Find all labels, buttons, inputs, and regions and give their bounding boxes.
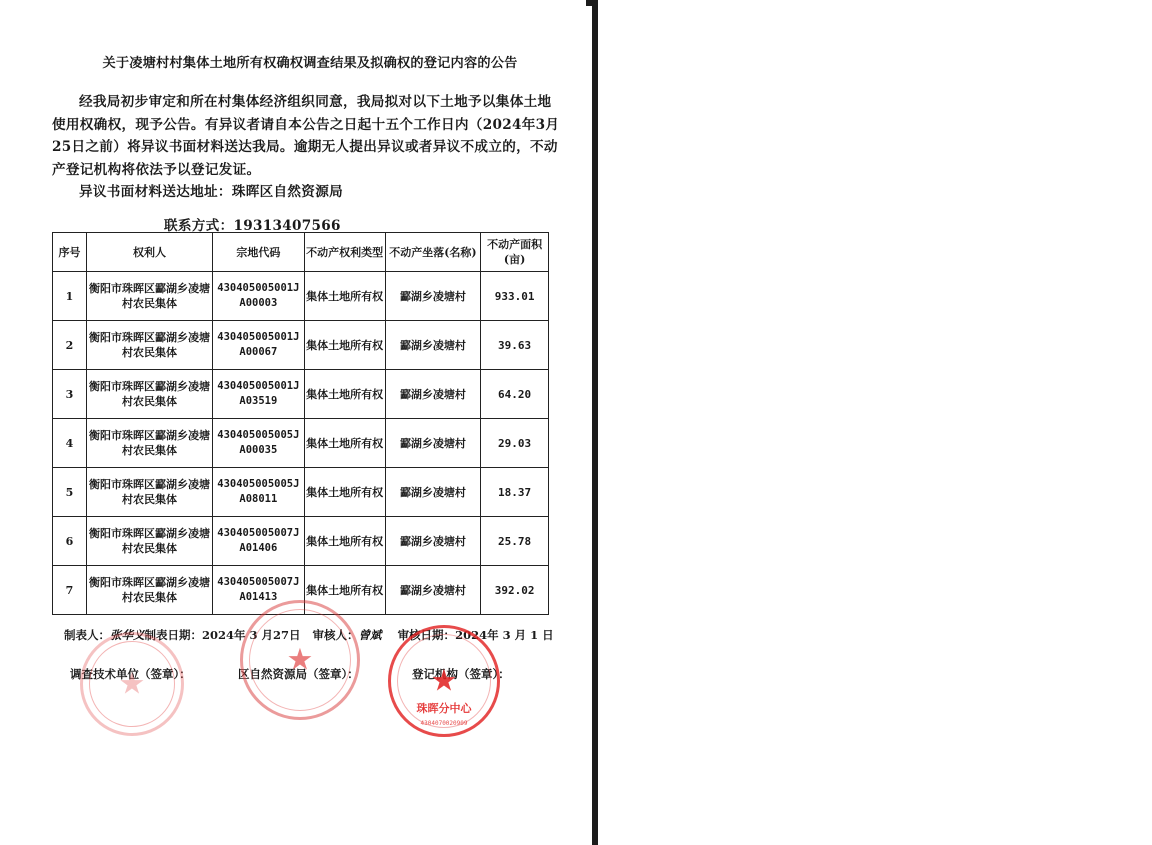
cell-no: 6 — [53, 517, 87, 566]
cell-parcel-code: 430405005005JA08011 — [213, 468, 304, 517]
table-header-row: 序号 权利人 宗地代码 不动产权利类型 不动产坐落(名称) 不动产面积(亩) — [53, 233, 549, 272]
cell-owner: 衡阳市珠晖区酃湖乡凌塘村农民集体 — [86, 321, 212, 370]
cell-right-type: 集体土地所有权 — [304, 566, 385, 615]
table-row: 5衡阳市珠晖区酃湖乡凌塘村农民集体430405005005JA08011集体土地… — [53, 468, 549, 517]
survey-unit-seal: ★ — [80, 632, 184, 736]
cell-right-type: 集体土地所有权 — [304, 370, 385, 419]
table-row: 1衡阳市珠晖区酃湖乡凌塘村农民集体430405005001JA00003集体土地… — [53, 272, 549, 321]
cell-no: 2 — [53, 321, 87, 370]
reviewer-signature: 曾斌 — [359, 627, 382, 643]
cell-no: 5 — [53, 468, 87, 517]
cell-location: 酃湖乡凌塘村 — [385, 566, 481, 615]
cell-owner: 衡阳市珠晖区酃湖乡凌塘村农民集体 — [86, 468, 212, 517]
scan-border-corner — [586, 0, 598, 6]
cell-no: 4 — [53, 419, 87, 468]
cell-parcel-code: 430405005007JA01413 — [213, 566, 304, 615]
cell-location: 酃湖乡凌塘村 — [385, 517, 481, 566]
scanned-page: 关于凌塘村村集体土地所有权确权调查结果及拟确权的登记内容的公告 经我局初步审定和… — [0, 0, 592, 845]
registry-seal-number: 4304070020909 — [391, 720, 497, 727]
table-row: 4衡阳市珠晖区酃湖乡凌塘村农民集体430405005005JA00035集体土地… — [53, 419, 549, 468]
preparer-label: 制表人： — [64, 627, 110, 643]
header-no: 序号 — [53, 233, 87, 272]
prepare-date-label: 制表日期： — [145, 627, 203, 643]
table-row: 3衡阳市珠晖区酃湖乡凌塘村农民集体430405005001JA03519集体土地… — [53, 370, 549, 419]
header-location: 不动产坐落(名称) — [385, 233, 481, 272]
header-area: 不动产面积(亩) — [481, 233, 549, 272]
cell-area: 18.37 — [481, 468, 549, 517]
table-row: 2衡阳市珠晖区酃湖乡凌塘村农民集体430405005001JA00067集体土地… — [53, 321, 549, 370]
cell-parcel-code: 430405005001JA03519 — [213, 370, 304, 419]
objection-address: 异议书面材料送达地址：珠晖区自然资源局 — [52, 181, 562, 204]
cell-owner: 衡阳市珠晖区酃湖乡凌塘村农民集体 — [86, 566, 212, 615]
cell-location: 酃湖乡凌塘村 — [385, 272, 481, 321]
land-registration-table: 序号 权利人 宗地代码 不动产权利类型 不动产坐落(名称) 不动产面积(亩) 1… — [52, 232, 549, 615]
bureau-seal: ★ — [240, 600, 360, 720]
table-row: 7衡阳市珠晖区酃湖乡凌塘村农民集体430405005007JA01413集体土地… — [53, 566, 549, 615]
header-parcel-code: 宗地代码 — [213, 233, 304, 272]
preparer-signature: 张华义 — [110, 627, 145, 643]
preparer-line: 制表人：张华义制表日期：2024年 3 月27日 审核人：曾斌 审核日期：202… — [64, 627, 554, 643]
cell-location: 酃湖乡凌塘村 — [385, 419, 481, 468]
cell-parcel-code: 430405005001JA00067 — [213, 321, 304, 370]
cell-right-type: 集体土地所有权 — [304, 272, 385, 321]
cell-no: 3 — [53, 370, 87, 419]
cell-area: 29.03 — [481, 419, 549, 468]
reviewer-label: 审核人： — [313, 627, 359, 643]
registry-seal-text: 珠晖分中心 — [391, 700, 497, 716]
document-title: 关于凌塘村村集体土地所有权确权调查结果及拟确权的登记内容的公告 — [60, 52, 560, 71]
cell-owner: 衡阳市珠晖区酃湖乡凌塘村农民集体 — [86, 272, 212, 321]
bureau-seal-label: 区自然资源局（签章）： — [238, 666, 359, 682]
cell-location: 酃湖乡凌塘村 — [385, 321, 481, 370]
cell-no: 7 — [53, 566, 87, 615]
registry-seal-label: 登记机构（签章）： — [412, 666, 510, 682]
announcement-paragraph: 经我局初步审定和所在村集体经济组织同意，我局拟对以下土地予以集体土地使用权确权，… — [52, 91, 562, 181]
contact-info: 联系方式：19313407566 — [164, 214, 341, 234]
cell-right-type: 集体土地所有权 — [304, 468, 385, 517]
cell-area: 392.02 — [481, 566, 549, 615]
cell-owner: 衡阳市珠晖区酃湖乡凌塘村农民集体 — [86, 419, 212, 468]
header-owner: 权利人 — [86, 233, 212, 272]
cell-parcel-code: 430405005007JA01406 — [213, 517, 304, 566]
cell-right-type: 集体土地所有权 — [304, 321, 385, 370]
cell-owner: 衡阳市珠晖区酃湖乡凌塘村农民集体 — [86, 370, 212, 419]
cell-right-type: 集体土地所有权 — [304, 517, 385, 566]
cell-area: 933.01 — [481, 272, 549, 321]
cell-location: 酃湖乡凌塘村 — [385, 370, 481, 419]
cell-area: 39.63 — [481, 321, 549, 370]
cell-owner: 衡阳市珠晖区酃湖乡凌塘村农民集体 — [86, 517, 212, 566]
cell-location: 酃湖乡凌塘村 — [385, 468, 481, 517]
scan-border — [592, 0, 598, 845]
survey-unit-seal-label: 调查技术单位（签章）： — [70, 666, 191, 682]
cell-parcel-code: 430405005001JA00003 — [213, 272, 304, 321]
header-right-type: 不动产权利类型 — [304, 233, 385, 272]
prepare-date: 2024年 3 月27日 — [202, 627, 301, 643]
review-date-label: 审核日期： — [398, 627, 456, 643]
review-date: 2024年 3 月 1 日 — [455, 627, 554, 643]
cell-no: 1 — [53, 272, 87, 321]
cell-area: 64.20 — [481, 370, 549, 419]
cell-parcel-code: 430405005005JA00035 — [213, 419, 304, 468]
cell-area: 25.78 — [481, 517, 549, 566]
cell-right-type: 集体土地所有权 — [304, 419, 385, 468]
table-row: 6衡阳市珠晖区酃湖乡凌塘村农民集体430405005007JA01406集体土地… — [53, 517, 549, 566]
